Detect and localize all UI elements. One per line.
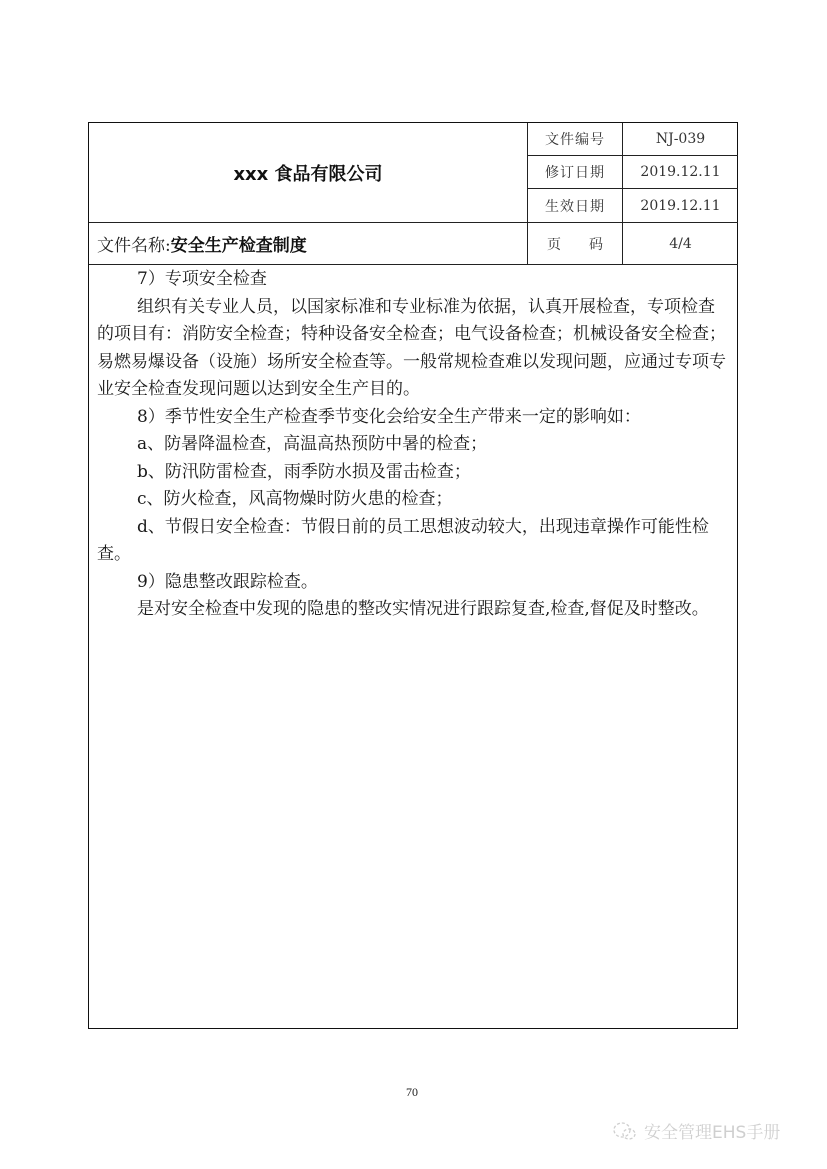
paragraph: 组织有关专业人员，以国家标准和专业标准为依据，认真开展检查，专项检查的项目有：消… bbox=[97, 294, 731, 404]
company-name: xxx 食品有限公司 bbox=[89, 123, 527, 222]
page-value: 4/4 bbox=[623, 223, 738, 264]
page-label-part-1: 页 bbox=[547, 234, 561, 254]
document-header-table: xxx 食品有限公司 文件编号 NJ-039 修订日期 2019.12.11 生… bbox=[88, 122, 738, 1029]
list-item-c: c、防火检查，风高物燥时防火患的检查； bbox=[97, 486, 731, 514]
list-item-b: b、防汛防雷检查，雨季防水损及雷击检查； bbox=[97, 459, 731, 487]
effective-date-label: 生效日期 bbox=[528, 189, 622, 222]
watermark-text: 安全管理EHS手册 bbox=[644, 1118, 780, 1143]
paragraph: 是对安全检查中发现的隐患的整改实情况进行跟踪复查,检查,督促及时整改。 bbox=[97, 596, 731, 624]
section-heading-7: 7）专项安全检查 bbox=[97, 266, 731, 294]
document-name: 文件名称:安全生产检查制度 bbox=[89, 222, 527, 264]
page-label: 页码 bbox=[528, 223, 622, 264]
revision-date-label: 修订日期 bbox=[528, 156, 622, 188]
list-item-d: d、节假日安全检查：节假日前的员工思想波动较大，出现违章操作可能性检查。 bbox=[97, 514, 731, 569]
watermark: 安全管理EHS手册 bbox=[612, 1118, 780, 1143]
doc-number-value: NJ-039 bbox=[623, 123, 738, 155]
page-label-part-2: 码 bbox=[589, 234, 603, 254]
section-heading-9: 9）隐患整改跟踪检查。 bbox=[97, 569, 731, 597]
document-body: 7）专项安全检查 组织有关专业人员，以国家标准和专业标准为依据，认真开展检查，专… bbox=[89, 264, 737, 624]
page-number: 70 bbox=[406, 1085, 418, 1100]
doc-number-label: 文件编号 bbox=[528, 123, 622, 155]
revision-date-value: 2019.12.11 bbox=[623, 156, 738, 188]
wechat-icon bbox=[612, 1120, 638, 1142]
doc-name-title: 安全生产检查制度 bbox=[171, 231, 307, 256]
effective-date-value: 2019.12.11 bbox=[623, 189, 738, 222]
doc-name-label: 文件名称: bbox=[97, 231, 171, 256]
list-item-a: a、防暑降温检查，高温高热预防中暑的检查； bbox=[97, 431, 731, 459]
section-heading-8: 8）季节性安全生产检查季节变化会给安全生产带来一定的影响如： bbox=[97, 404, 731, 432]
